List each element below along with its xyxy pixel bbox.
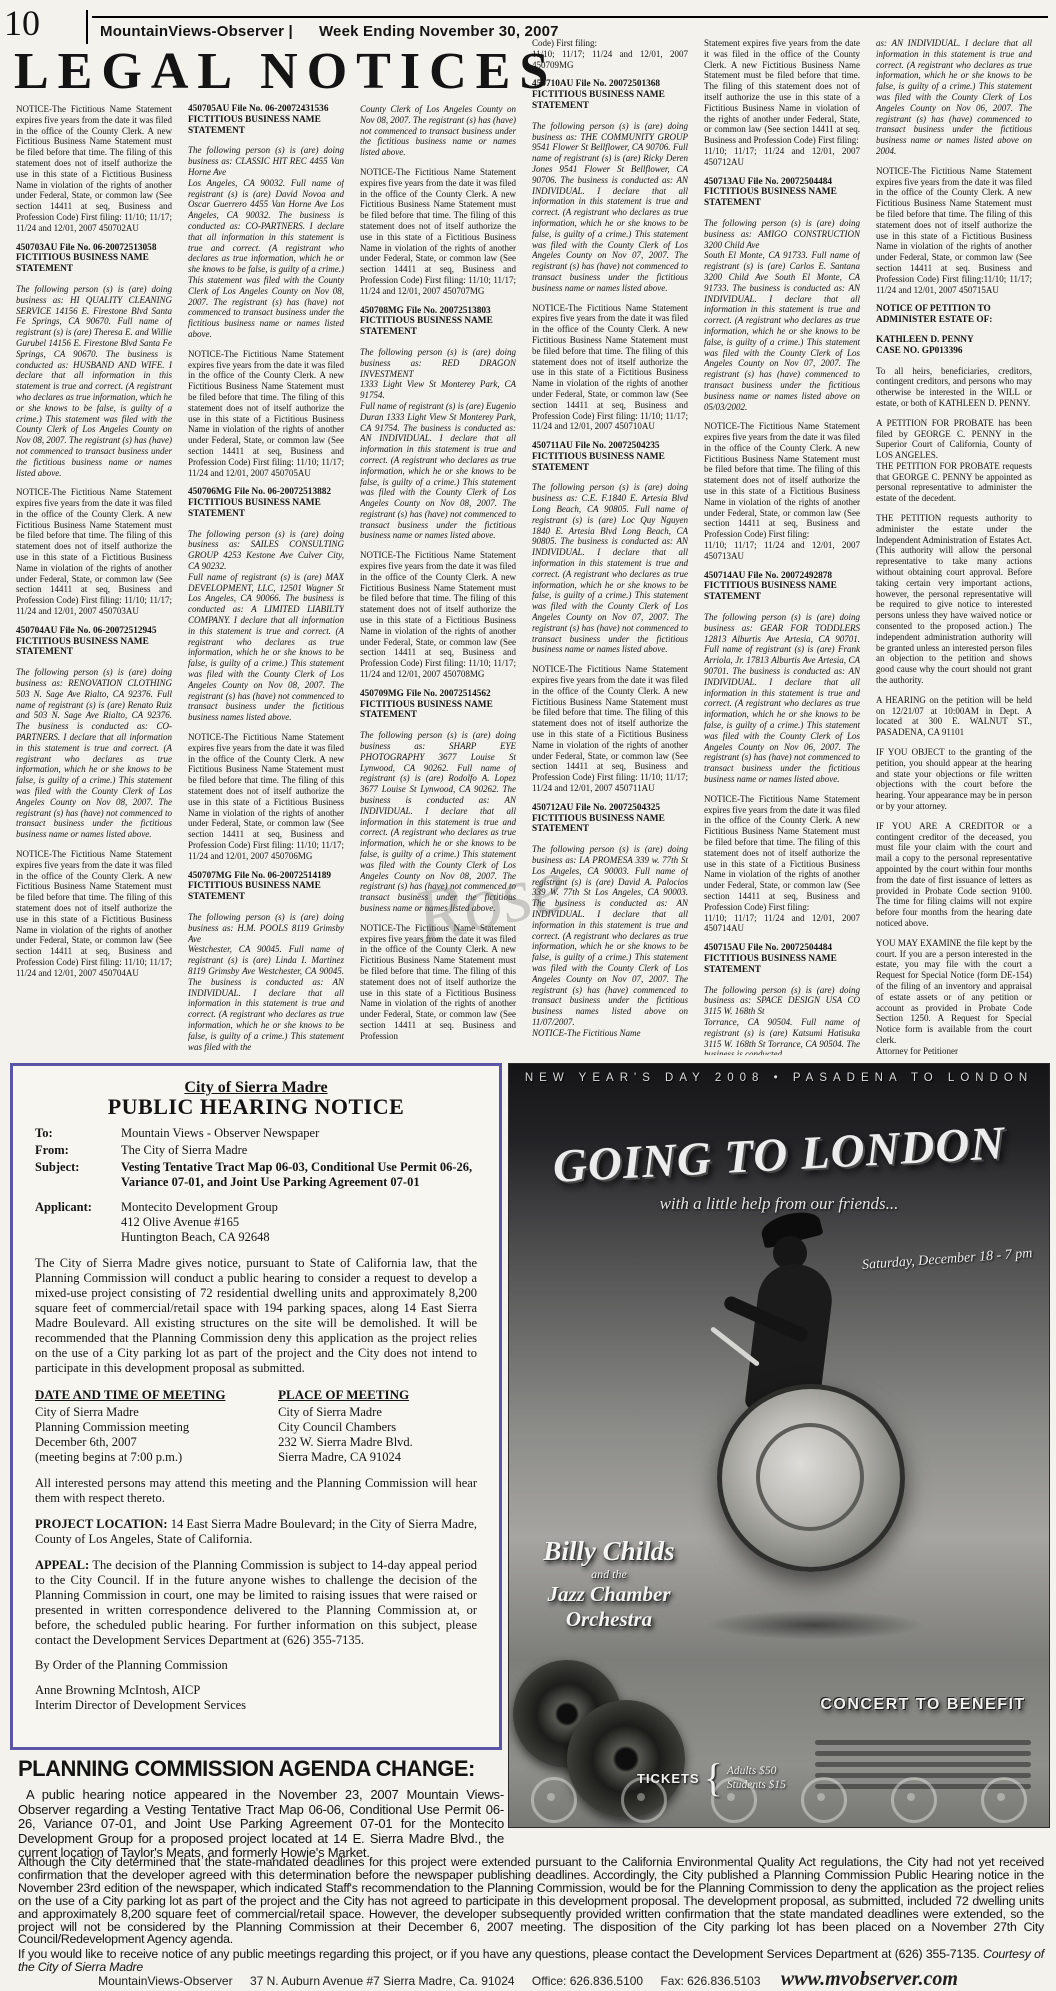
fine-print-line	[815, 1740, 1031, 1745]
ring-ornament	[621, 1777, 667, 1823]
masthead-rule	[92, 16, 1048, 18]
band-line: Billy Childs	[521, 1536, 697, 1566]
legal-notice-heading: NOTICE OF PETITION TO ADMINISTER ESTATE …	[876, 304, 1032, 326]
ring-ornament	[891, 1777, 937, 1823]
page-footer: MountainViews-Observer 37 N. Auburn Aven…	[0, 1968, 1056, 1991]
legal-notice-text: NOTICE-The Fictitious Name Statement exp…	[188, 349, 344, 479]
agenda-wide-block: Although the City determined that the st…	[18, 1856, 1044, 1974]
subject-value: Vesting Tentative Tract Map 06-03, Condi…	[121, 1160, 477, 1190]
place-line: City Council Chambers	[278, 1420, 477, 1435]
to-label: To:	[35, 1126, 121, 1141]
project-location: PROJECT LOCATION: 14 East Sierra Madre B…	[35, 1517, 477, 1547]
legal-notice-text: The following person (s) is (are) doing …	[360, 347, 516, 541]
legal-column: County Clerk of Los Angeles County on No…	[360, 104, 516, 1055]
legal-notice-text: Code) First filing: 11/10; 11/17; 11/24 …	[532, 38, 688, 70]
legal-notice-text: A HEARING on the petition will be held o…	[876, 695, 1032, 738]
legal-notice-heading: 450710AU File No. 20072501368 FICTITIOUS…	[532, 79, 688, 111]
hearing-subject-row: Subject: Vesting Tentative Tract Map 06-…	[35, 1160, 477, 1190]
legal-notice-heading: 450712AU File No. 20072504325 FICTITIOUS…	[532, 803, 688, 835]
legal-notice-text: NOTICE-The Fictitious Name Statement exp…	[360, 923, 516, 1042]
applicant-line: 412 Olive Avenue #165	[121, 1215, 477, 1230]
band-line: Orchestra	[521, 1606, 697, 1632]
legal-notice-text: NOTICE-The Fictitious Name Statement exp…	[532, 664, 688, 794]
ring-ornament	[531, 1777, 577, 1823]
signer-title: Interim Director of Development Services	[35, 1698, 477, 1713]
date-line: Planning Commission meeting	[35, 1420, 278, 1435]
place-line: Sierra Madre, CA 91024	[278, 1450, 477, 1465]
legal-column: Statement expires five years from the da…	[704, 38, 860, 1055]
signer-name: Anne Browning McIntosh, AICP	[35, 1683, 477, 1698]
legal-notice-text: NOTICE-The Fictitious Name Statement exp…	[360, 550, 516, 680]
place-line: City of Sierra Madre	[278, 1405, 477, 1420]
place-line: 232 W. Sierra Madre Blvd.	[278, 1435, 477, 1450]
meeting-info: DATE AND TIME OF MEETING City of Sierra …	[35, 1387, 477, 1465]
ad-subtitle: with a little help from our friends...	[509, 1194, 1049, 1214]
legal-notice-text: NOTICE-The Fictitious Name Statement exp…	[704, 421, 860, 561]
legal-notice-text: NOTICE-The Fictitious Name Statement exp…	[16, 849, 172, 979]
hearing-city-title: City of Sierra Madre	[35, 1080, 477, 1095]
legal-notice-heading: 450707MG File No. 06-20072514189 FICTITI…	[188, 871, 344, 903]
appeal: APPEAL: The decision of the Planning Com…	[35, 1558, 477, 1648]
legal-notice-text: NOTICE-The Fictitious Name Statement exp…	[876, 166, 1032, 296]
legal-notice-text: The following person (s) is (are) doing …	[16, 284, 172, 478]
legal-notice-text: Statement expires five years from the da…	[704, 38, 860, 168]
legal-notice-text: NOTICE-The Fictitious Name Statement exp…	[360, 167, 516, 297]
legal-notice-text: NOTICE-The Fictitious Name Statement exp…	[532, 303, 688, 433]
legal-notice-text: as: AN INDIVIDUAL. I declare that all in…	[876, 38, 1032, 157]
hearing-title: PUBLIC HEARING NOTICE	[35, 1099, 477, 1114]
legal-notice-heading: 450711AU File No. 20072504235 FICTITIOUS…	[532, 441, 688, 473]
band-name-block: Billy Childs and the Jazz Chamber Orches…	[521, 1536, 697, 1632]
bass-drum-shape	[717, 1384, 905, 1572]
legal-notice-text: NOTICE-The Fictitious Name Statement exp…	[188, 732, 344, 862]
legal-notice-text: The following person (s) is (are) doing …	[704, 985, 860, 1055]
legal-notice-text: The following person (s) is (are) doing …	[532, 121, 688, 294]
ad-date-script: Saturday, December 18 - 7 pm	[862, 1246, 1033, 1274]
agenda-change-heading: PLANNING COMMISSION AGENDA CHANGE:	[18, 1756, 475, 1782]
from-label: From:	[35, 1143, 121, 1158]
meeting-place-col: PLACE OF MEETING City of Sierra Madre Ci…	[278, 1387, 477, 1465]
appeal-text: The decision of the Planning Commission …	[35, 1558, 477, 1647]
ring-ornament	[981, 1777, 1027, 1823]
place-heading: PLACE OF MEETING	[278, 1387, 477, 1402]
legal-notice-text: The following person (s) is (are) doing …	[704, 612, 860, 785]
ad-title: GOING TO LONDON	[508, 1114, 1050, 1196]
legal-notice-text: A PETITION FOR PROBATE has been filed by…	[876, 418, 1032, 504]
band-line: Jazz Chamber	[521, 1582, 697, 1606]
applicant-line: Montecito Development Group	[121, 1200, 477, 1215]
footer-paper-name: MountainViews-Observer	[98, 1974, 233, 1988]
applicant-value: Montecito Development Group 412 Olive Av…	[121, 1200, 477, 1245]
legal-notice-heading: 450715AU File No. 20072504484 FICTITIOUS…	[704, 943, 860, 975]
legal-notice-heading: 450703AU File No. 06-20072513058 FICTITI…	[16, 243, 172, 275]
meeting-date-col: DATE AND TIME OF MEETING City of Sierra …	[35, 1387, 278, 1465]
applicant-label: Applicant:	[35, 1200, 121, 1245]
hearing-applicant-row: Applicant: Montecito Development Group 4…	[35, 1200, 477, 1245]
subject-label: Subject:	[35, 1160, 121, 1190]
legal-notice-text: The following person (s) is (are) doing …	[532, 844, 688, 1038]
newspaper-page: 10 MountainViews-Observer |Week Ending N…	[0, 0, 1056, 1991]
legal-notice-text: NOTICE-The Fictitious Name Statement exp…	[704, 794, 860, 934]
date-line: December 6th, 2007	[35, 1435, 278, 1450]
legal-notice-text: IF YOU OBJECT to the granting of the pet…	[876, 747, 1032, 812]
footer-fax: Fax: 626.836.5103	[660, 1974, 760, 1988]
legal-notice-heading: 450709MG File No. 20072514562 FICTITIOUS…	[360, 689, 516, 721]
public-hearing-box: City of Sierra Madre PUBLIC HEARING NOTI…	[10, 1063, 502, 1750]
applicant-line: Huntington Beach, CA 92648	[121, 1230, 477, 1245]
ad-top-banner: NEW YEAR'S DAY 2008 • PASADENA TO LONDON	[509, 1072, 1049, 1084]
legal-notice-heading: KATHLEEN D. PENNY CASE NO. GP013396	[876, 335, 1032, 357]
fine-print-line	[815, 1762, 1031, 1767]
fine-print-line	[815, 1751, 1031, 1756]
legal-column: as: AN INDIVIDUAL. I declare that all in…	[876, 38, 1032, 1055]
legal-notice-heading: 450714AU File No. 20072492878 FICTITIOUS…	[704, 571, 860, 603]
legal-column: Code) First filing: 11/10; 11/17; 11/24 …	[532, 38, 688, 1055]
agenda-paragraph-2: Although the City determined that the st…	[18, 1856, 1044, 1946]
legal-column: 450705AU File No. 06-20072431536 FICTITI…	[188, 104, 344, 1055]
legal-columns: NOTICE-The Fictitious Name Statement exp…	[16, 38, 1048, 1055]
legal-notice-heading: 450705AU File No. 06-20072431536 FICTITI…	[188, 104, 344, 136]
agenda-paragraph-3-text: If you would like to receive notice of a…	[18, 1947, 980, 1961]
legal-notice-text: The following person (s) is (are) doing …	[16, 667, 172, 840]
legal-notice-text: The following person (s) is (are) doing …	[188, 145, 344, 339]
legal-notice-text: The following person (s) is (are) doing …	[188, 529, 344, 723]
legal-notice-text: THE PETITION requests authority to admin…	[876, 513, 1032, 686]
hearing-body: The City of Sierra Madre gives notice, p…	[35, 1256, 477, 1376]
legal-notice-text: YOU MAY EXAMINE the file kept by the cou…	[876, 938, 1032, 1055]
footer-address: 37 N. Auburn Avenue #7 Sierra Madre, Ca.…	[250, 1974, 515, 1988]
decorative-rings-row	[509, 1777, 1049, 1823]
legal-notice-text: The following person (s) is (are) doing …	[532, 482, 688, 655]
legal-notice-text: County Clerk of Los Angeles County on No…	[360, 104, 516, 158]
legal-notice-text: IF YOU ARE A CREDITOR or a contingent cr…	[876, 821, 1032, 929]
legal-notice-text: NOTICE-The Fictitious Name Statement exp…	[16, 104, 172, 234]
legal-notice-text: The following person (s) is (are) doing …	[188, 912, 344, 1052]
to-value: Mountain Views - Observer Newspaper	[121, 1126, 477, 1141]
band-line: and the	[521, 1566, 697, 1582]
by-order-line: By Order of the Planning Commission	[35, 1658, 477, 1673]
date-heading: DATE AND TIME OF MEETING	[35, 1387, 278, 1402]
legal-notice-text: The following person (s) is (are) doing …	[360, 730, 516, 914]
legal-column: NOTICE-The Fictitious Name Statement exp…	[16, 104, 172, 1055]
legal-notice-heading: 450704AU File No. 06-20072512945 FICTITI…	[16, 626, 172, 658]
drum-ring	[756, 1423, 864, 1531]
legal-notice-text: To all heirs, beneficiaries, creditors, …	[876, 366, 1032, 409]
legal-notice-text: The following person (s) is (are) doing …	[704, 218, 860, 412]
date-line: (meeting begins at 7:00 p.m.)	[35, 1450, 278, 1465]
from-value: The City of Sierra Madre	[121, 1143, 477, 1158]
legal-notice-text: NOTICE-The Fictitious Name Statement exp…	[16, 487, 172, 617]
benefit-heading: CONCERT TO BENEFIT	[805, 1696, 1041, 1714]
agenda-paragraph-1: A public hearing notice appeared in the …	[18, 1788, 504, 1861]
legal-notice-heading: 450713AU File No. 20072504484 FICTITIOUS…	[704, 177, 860, 209]
date-line: City of Sierra Madre	[35, 1405, 278, 1420]
footer-website: www.mvobserver.com	[781, 1968, 958, 1990]
concert-advertisement: NEW YEAR'S DAY 2008 • PASADENA TO LONDON…	[508, 1063, 1050, 1828]
ring-ornament	[801, 1777, 847, 1823]
legal-notice-heading: 450708MG File No. 20072513803 FICTITIOUS…	[360, 306, 516, 338]
attend-text: All interested persons may attend this m…	[35, 1476, 477, 1506]
hearing-to-row: To: Mountain Views - Observer Newspaper	[35, 1126, 477, 1141]
hearing-from-row: From: The City of Sierra Madre	[35, 1143, 477, 1158]
drum-shadow	[705, 1610, 925, 1640]
project-location-label: PROJECT LOCATION:	[35, 1517, 168, 1531]
ticket-price-adults: Adults $50	[727, 1764, 786, 1778]
footer-office-phone: Office: 626.836.5100	[532, 1974, 643, 1988]
legal-notice-heading: 450706MG File No. 06-20072513882 FICTITI…	[188, 487, 344, 519]
appeal-label: APPEAL:	[35, 1558, 89, 1572]
ring-ornament	[711, 1777, 757, 1823]
